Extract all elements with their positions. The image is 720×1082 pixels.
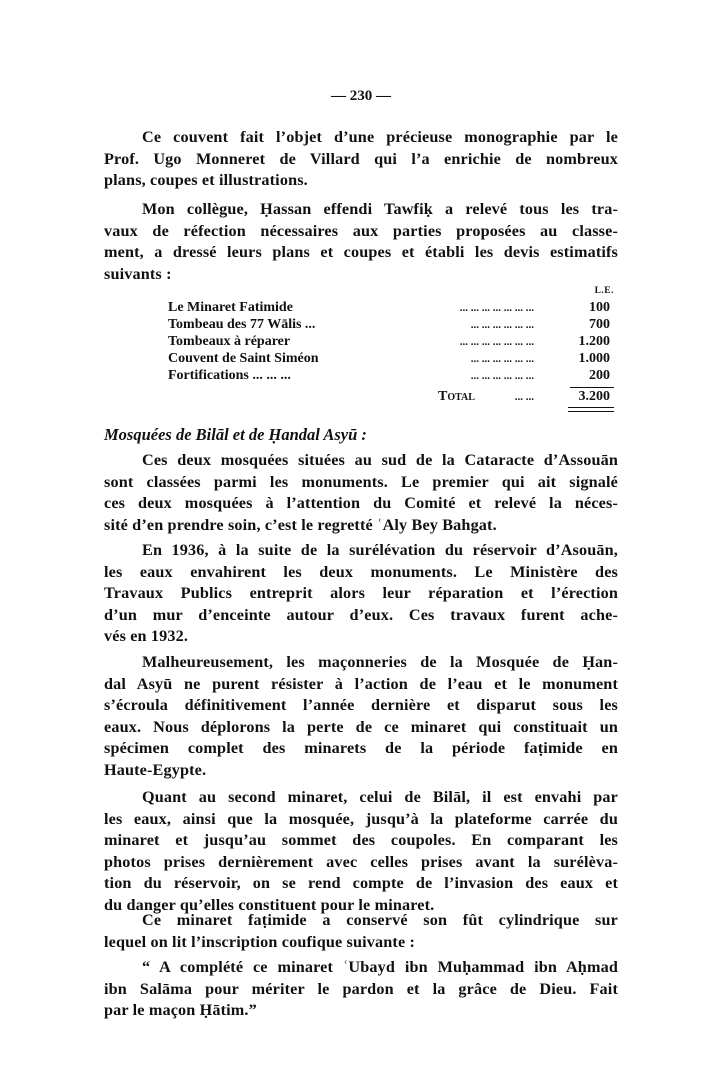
text-line: par le maçon Ḥātim.” (104, 1000, 618, 1022)
row-label: Fortifications ... ... ... (168, 368, 291, 384)
text-line: suivants : (104, 264, 618, 286)
leader-dots: ... ... ... ... ... ... (471, 353, 534, 365)
text-line: spécimen complet des minarets de la péri… (104, 738, 618, 760)
text-line: Travaux Publics entreprit alors leur rép… (104, 583, 618, 605)
text-line: “ A complété ce minaret ʿUbayd ibn Muḥam… (104, 957, 618, 979)
text-line: Ce couvent fait l’objet d’une précieuse … (104, 127, 618, 149)
sum-rule (570, 387, 614, 388)
total-double-rule (568, 407, 614, 412)
row-label: Tombeaux à réparer (168, 334, 290, 350)
text-line: sont classées parmi les monuments. Le pr… (104, 472, 618, 494)
total-value: 3.200 (579, 389, 611, 405)
text-line: dal Asyū ne purent résister à l’action d… (104, 674, 618, 696)
table-total-row: Total ... ... 3.200 (168, 389, 614, 406)
text-line: s’écroula définitivement l’année dernièr… (104, 695, 618, 717)
text-line: photos prises dernièrement avec celles p… (104, 852, 618, 874)
text-line: sité d’en prendre soin, c’est le regrett… (104, 515, 618, 537)
text-line: les eaux, ainsi que la mosquée, jusqu’à … (104, 809, 618, 831)
text-line: ibn Salāma pour mériter le pardon et la … (104, 979, 618, 1001)
text-line: eaux. Nous déplorons la perte de ce mina… (104, 717, 618, 739)
paragraph-mosques-intro: Ces deux mosquées situées au sud de la C… (104, 450, 618, 536)
text-line: Haute-Egypte. (104, 760, 618, 782)
paragraph-inscription-quote: “ A complété ce minaret ʿUbayd ibn Muḥam… (104, 957, 618, 1022)
leader-dots: ... ... (515, 391, 534, 403)
leader-dots: ... ... ... ... ... ... ... (460, 302, 534, 314)
row-value: 700 (589, 317, 610, 333)
table-row: Tombeaux à réparer ... ... ... ... ... .… (168, 334, 614, 351)
text-line: En 1936, à la suite de la surélévation d… (104, 540, 618, 562)
text-line: Ces deux mosquées situées au sud de la C… (104, 450, 618, 472)
row-label: Couvent de Saint Siméon (168, 351, 319, 367)
text-line: minaret et jusqu’au sommet des coupoles.… (104, 830, 618, 852)
text-line: d’un mur d’enceinte autour d’eux. Ces tr… (104, 605, 618, 627)
paragraph-inscription-intro: Ce minaret faṭimide a conservé son fût c… (104, 910, 618, 953)
text-line: Mon collègue, Ḥassan effendi Tawfiḳ a re… (104, 199, 618, 221)
row-value: 1.200 (579, 334, 611, 350)
row-label: Tombeau des 77 Wālis ... (168, 317, 315, 333)
paragraph-monograph: Ce couvent fait l’objet d’une précieuse … (104, 127, 618, 192)
text-line: tion du réservoir, on se rend compte de … (104, 873, 618, 895)
table-row: Le Minaret Fatimide ... ... ... ... ... … (168, 300, 614, 317)
text-line: Ce minaret faṭimide a conservé son fût c… (104, 910, 618, 932)
text-line: Prof. Ugo Monneret de Villard qui l’a en… (104, 149, 618, 171)
row-value: 200 (589, 368, 610, 384)
page-number: — 230 — (104, 88, 618, 105)
text-line: plans, coupes et illustrations. (104, 170, 618, 192)
leader-dots: ... ... ... ... ... ... (471, 370, 534, 382)
paragraph-second-minaret: Quant au second minaret, celui de Bilāl,… (104, 787, 618, 917)
row-value: 1.000 (579, 351, 611, 367)
text-line: vés en 1932. (104, 626, 618, 648)
table-row: Couvent de Saint Siméon ... ... ... ... … (168, 351, 614, 368)
total-label: Total (438, 389, 475, 405)
text-line: ces deux mosquées à l’attention du Comit… (104, 493, 618, 515)
row-label: Le Minaret Fatimide (168, 300, 293, 316)
leader-dots: ... ... ... ... ... ... ... (460, 336, 534, 348)
table-row: Tombeau des 77 Wālis ... ... ... ... ...… (168, 317, 614, 334)
paragraph-1936-flooding: En 1936, à la suite de la surélévation d… (104, 540, 618, 648)
section-heading: Mosquées de Bilāl et de Ḥandal Asyū : (104, 425, 367, 445)
text-line: ment, a dressé leurs plans et coupes et … (104, 242, 618, 264)
row-value: 100 (589, 300, 610, 316)
text-line: Quant au second minaret, celui de Bilāl,… (104, 787, 618, 809)
text-line: lequel on lit l’inscription coufique sui… (104, 932, 618, 954)
text-line: Malheureusement, les maçonneries de la M… (104, 652, 618, 674)
table-row: Fortifications ... ... ... ... ... ... .… (168, 368, 614, 385)
text-line: les eaux envahirent les deux monuments. … (104, 562, 618, 584)
currency-unit: L.E. (595, 286, 614, 296)
leader-dots: ... ... ... ... ... ... (471, 319, 534, 331)
paragraph-collapse: Malheureusement, les maçonneries de la M… (104, 652, 618, 782)
paragraph-estimates-intro: Mon collègue, Ḥassan effendi Tawfiḳ a re… (104, 199, 618, 285)
text-line: vaux de réfection nécessaires aux partie… (104, 221, 618, 243)
